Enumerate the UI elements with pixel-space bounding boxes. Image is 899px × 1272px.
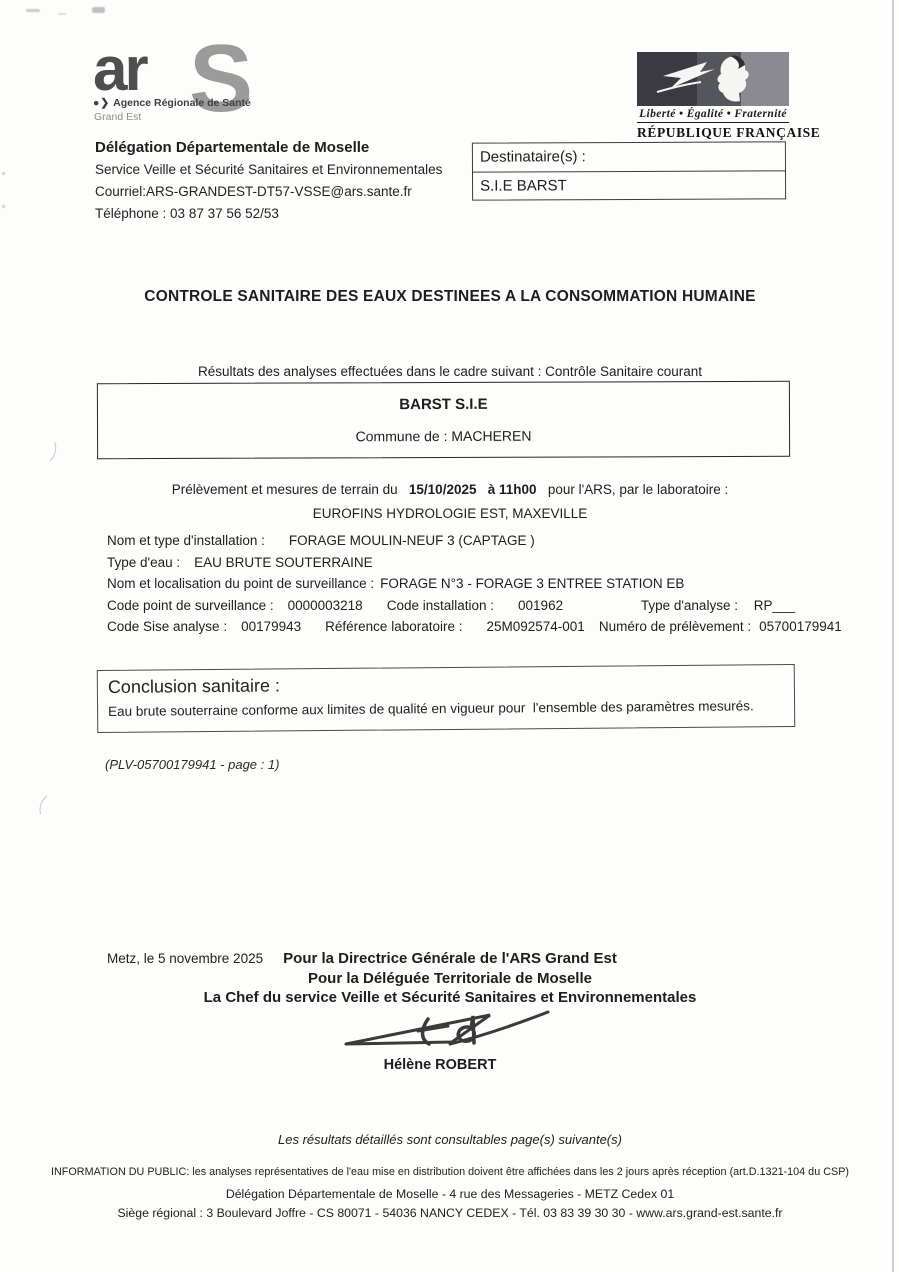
water-type-value: EAU BRUTE SOUTERRAINE — [194, 555, 373, 570]
sampling-line: Prélèvement et mesures de terrain du 15/… — [80, 482, 820, 497]
recipient-box: Destinataire(s) : S.I.E BARST — [472, 141, 786, 200]
sender-service: Service Veille et Sécurité Sanitaires et… — [95, 159, 442, 181]
signature-titles: Pour la Directrice Générale de l'ARS Gra… — [110, 949, 790, 1008]
codes-row-1: Code point de surveillance : 0000003218 … — [107, 598, 807, 620]
water-type-label: Type d'eau : — [107, 555, 180, 570]
results-note: Les résultats détaillés sont consultable… — [80, 1132, 820, 1147]
conclusion-title: Conclusion sanitaire : — [108, 671, 784, 698]
pen-mark — [36, 792, 62, 823]
liberte-egalite-fraternite: Liberté • Égalité • Fraternité — [637, 106, 789, 123]
sender-department: Délégation Départementale de Moselle — [95, 137, 442, 159]
water-network-box: BARST S.I.E Commune de : MACHEREN — [97, 381, 790, 459]
surveillance-label: Nom et localisation du point de surveill… — [107, 576, 374, 591]
sampling-suffix: pour l'ARS, par le laboratoire : — [548, 482, 728, 497]
ars-logo-tagline: ●❯Agence Régionale de Santé — [93, 97, 251, 109]
installation-value: FORAGE MOULIN-NEUF 3 (CAPTAGE ) — [289, 533, 535, 548]
scan-smudge — [2, 205, 5, 208]
signature-title-1: Pour la Directrice Générale de l'ARS Gra… — [110, 949, 790, 969]
signature-title-2: Pour la Déléguée Territoriale de Moselle — [110, 969, 790, 989]
ars-logo-ar: ar — [93, 34, 146, 105]
scan-smudge — [58, 13, 66, 15]
installation-label: Nom et type d'installation : — [107, 533, 265, 548]
sampling-date: 15/10/2025 — [409, 482, 477, 497]
ars-logo-s: S — [189, 24, 253, 134]
scanned-document-page: S ar ●❯Agence Régionale de Santé Grand E… — [0, 0, 899, 1272]
conclusion-body: Eau brute souterraine conforme aux limit… — [108, 698, 784, 719]
scan-smudge — [92, 7, 105, 13]
installation-row: Nom et type d'installation : FORAGE MOUL… — [107, 533, 807, 555]
footer-address-1: Délégation Départementale de Moselle - 4… — [80, 1187, 820, 1201]
document-title: CONTROLE SANITAIRE DES EAUX DESTINEES A … — [80, 288, 820, 306]
sanitary-conclusion-box: Conclusion sanitaire : Eau brute souterr… — [97, 664, 796, 733]
surveillance-value: FORAGE N°3 - FORAGE 3 ENTREE STATION EB — [380, 576, 684, 591]
republique-francaise-logo: Liberté • Égalité • Fraternité RÉPUBLIQU… — [637, 52, 789, 141]
sender-email: Courriel:ARS-GRANDEST-DT57-VSSE@ars.sant… — [95, 181, 442, 203]
sender-phone: Téléphone : 03 87 37 56 52/53 — [95, 203, 442, 225]
handwritten-signature — [332, 1002, 552, 1058]
ars-logo-bullet-icon: ●❯ — [93, 97, 110, 109]
ars-logo-region: Grand Est — [94, 111, 141, 123]
ars-logo-tagline-text: Agence Régionale de Santé — [113, 97, 251, 109]
water-type-row: Type d'eau : EAU BRUTE SOUTERRAINE — [107, 555, 807, 577]
lab-ref-label: Référence laboratoire : — [325, 619, 462, 634]
analysis-type-pair: Type d'analyse : RP___ — [641, 598, 795, 613]
code-point-value: 0000003218 — [288, 598, 363, 613]
ars-logo: S ar ●❯Agence Régionale de Santé Grand E… — [93, 40, 283, 136]
signatory-name: Hélène ROBERT — [110, 1057, 770, 1073]
recipient-label: Destinataire(s) : — [473, 142, 785, 171]
sample-num-value: 05700179941 — [759, 619, 842, 634]
code-sise-label: Code Sise analyse : — [107, 619, 227, 634]
code-point-label: Code point de surveillance : — [107, 598, 274, 613]
footer-address-2: Siège régional : 3 Boulevard Joffre - CS… — [80, 1206, 820, 1220]
sample-details: Nom et type d'installation : FORAGE MOUL… — [107, 533, 807, 641]
lab-ref-value: 25M092574-001 — [486, 619, 584, 634]
public-information-notice: INFORMATION DU PUBLIC: les analyses repr… — [40, 1166, 860, 1178]
code-install-label: Code installation : — [387, 598, 494, 613]
network-commune: Commune de : MACHEREN — [98, 427, 789, 445]
scan-smudge — [26, 9, 40, 12]
codes-row-2: Code Sise analyse : 00179943 Référence l… — [107, 619, 807, 641]
sample-num-label: Numéro de prélèvement : — [599, 619, 751, 634]
marianne-icon — [637, 52, 789, 106]
sampling-prefix: Prélèvement et mesures de terrain du — [172, 482, 398, 497]
analysis-type-label: Type d'analyse : — [641, 598, 738, 613]
sender-block: Délégation Départementale de Moselle Ser… — [95, 137, 442, 225]
sampling-time: à 11h00 — [488, 482, 537, 497]
recipient-value: S.I.E BARST — [473, 170, 785, 199]
code-install-value: 001962 — [518, 598, 563, 613]
laboratory-name: EUROFINS HYDROLOGIE EST, MAXEVILLE — [80, 506, 820, 521]
surveillance-point-row: Nom et localisation du point de surveill… — [107, 576, 807, 598]
code-sise-value: 00179943 — [241, 619, 301, 634]
scan-smudge — [2, 172, 5, 175]
analysis-type-value: RP___ — [754, 598, 795, 613]
republique-francaise-label: RÉPUBLIQUE FRANÇAISE — [637, 125, 789, 141]
page-reference: (PLV-05700179941 - page : 1) — [105, 757, 279, 772]
pen-mark — [35, 435, 59, 465]
scan-edge-line — [892, 0, 894, 1272]
analysis-context-line: Résultats des analyses effectuées dans l… — [80, 364, 820, 379]
network-name: BARST S.I.E — [98, 395, 789, 414]
